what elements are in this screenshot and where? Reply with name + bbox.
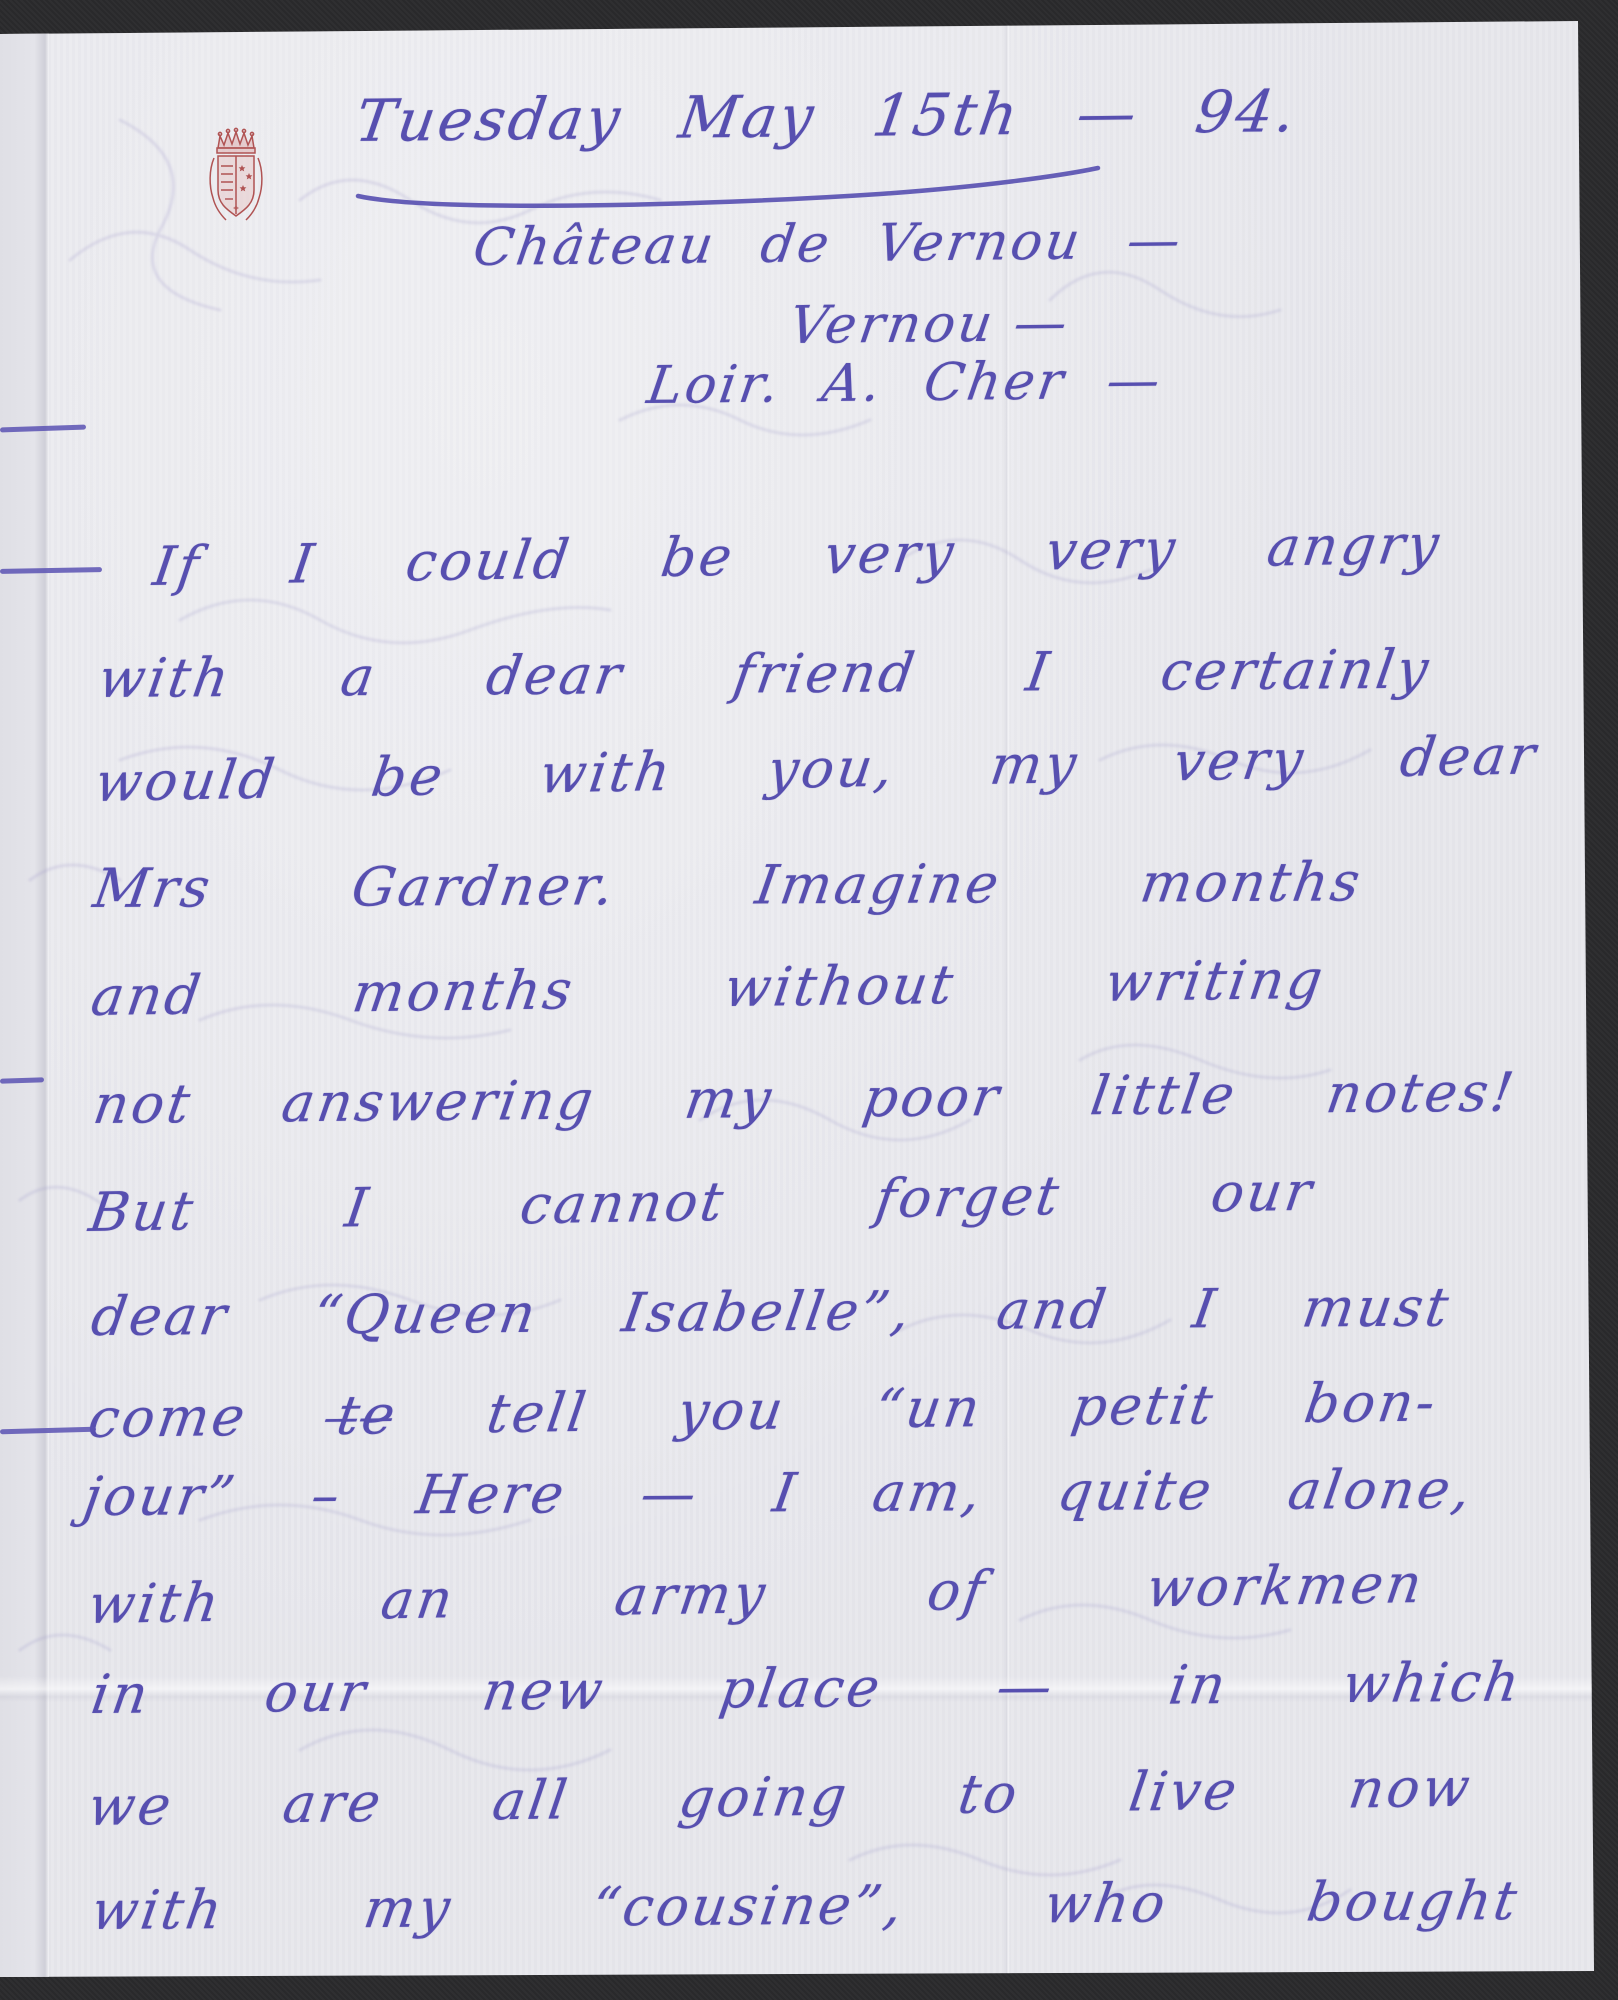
- letterhead-town-line: Vernou —: [786, 297, 1073, 352]
- letter-page: Tuesday May 15th — 94. Château de Vernou…: [0, 0, 1618, 2000]
- letterhead-chateau-line: Château de Vernou —: [470, 215, 1187, 274]
- body-line: Mrs Gardner. Imagine months: [90, 855, 1366, 916]
- body-line: come t̶e̶ tell you “un petit bon-: [85, 1376, 1441, 1446]
- body-line: in our new place — in which: [88, 1656, 1526, 1722]
- letterhead-department-line: Loir. A. Cher —: [644, 355, 1166, 412]
- body-line: not answering my poor little notes!: [90, 1066, 1520, 1132]
- body-line: dear “Queen Isabelle”, and I must: [88, 1281, 1455, 1344]
- body-line: with a dear friend I certainly: [95, 643, 1435, 706]
- scanned-letter-photo: Tuesday May 15th — 94. Château de Vernou…: [0, 0, 1618, 2000]
- body-line: with my “cousine”, who bought: [88, 1874, 1523, 1938]
- body-line: jour” – Here — I am, quite alone,: [80, 1463, 1477, 1524]
